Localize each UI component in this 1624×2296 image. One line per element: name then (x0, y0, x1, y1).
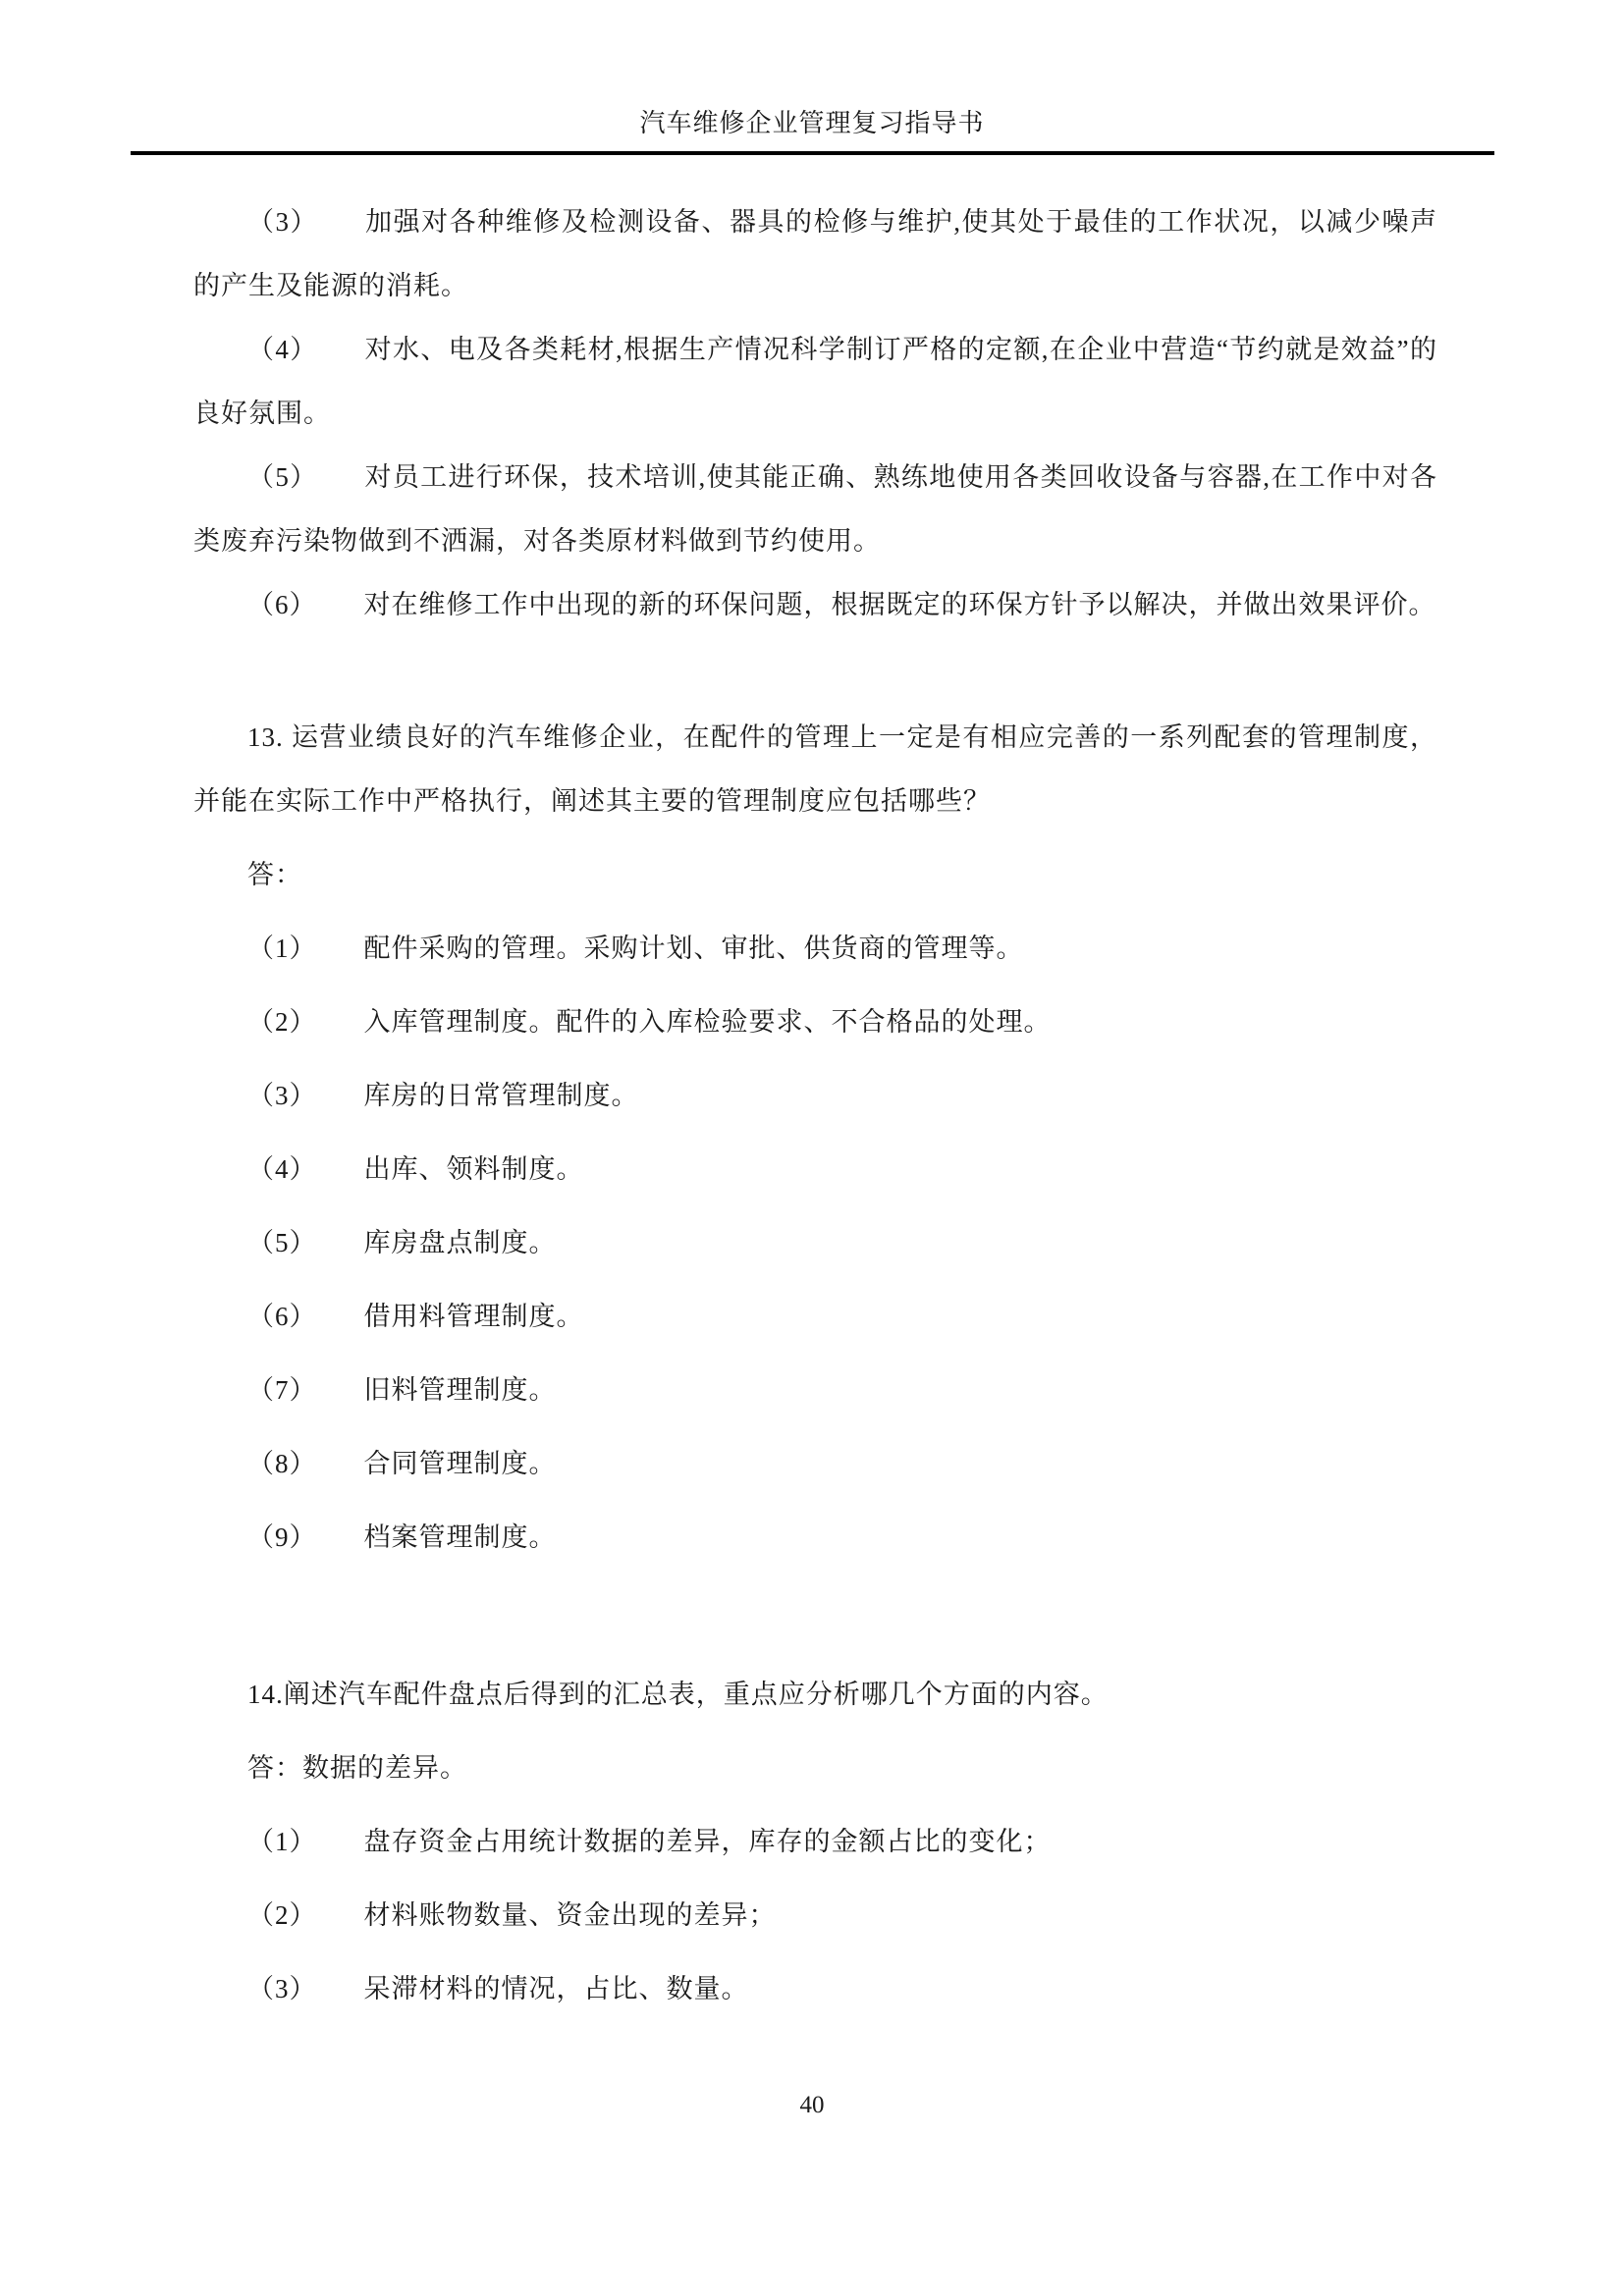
item-number: （7） (247, 1375, 317, 1405)
question-14: 14.阐述汽车配件盘点后得到的汇总表，重点应分析哪几个方面的内容。 (193, 1663, 1437, 1727)
paragraph-text: 对员工进行环保，技术培训,使其能正确、熟练地使用各类回收设备与容器,在工作中对各… (193, 462, 1437, 556)
paragraph-3: （3）加强对各种维修及检测设备、器具的检修与维护,使其处于最佳的工作状况，以减少… (193, 190, 1437, 318)
item-number: （5） (247, 1228, 317, 1257)
header-divider-rule (131, 151, 1494, 155)
item-number: （6） (247, 1302, 317, 1331)
document-page: 汽车维修企业管理复习指导书 （3）加强对各种维修及检测设备、器具的检修与维护,使… (0, 0, 1624, 2296)
q13-item-7: （7）旧料管理制度。 (193, 1359, 1437, 1422)
q13-item-5: （5）库房盘点制度。 (193, 1211, 1437, 1275)
item-number: （4） (247, 1154, 317, 1184)
item-text: 旧料管理制度。 (364, 1375, 557, 1405)
item-text: 呆滞材料的情况，占比、数量。 (364, 1974, 749, 2003)
item-number: （2） (247, 1007, 317, 1037)
item-text: 借用料管理制度。 (364, 1302, 584, 1331)
q13-item-6: （6）借用料管理制度。 (193, 1285, 1437, 1349)
q13-item-3: （3）库房的日常管理制度。 (193, 1064, 1437, 1128)
item-number: （3） (247, 1974, 317, 2003)
q13-item-1: （1）配件采购的管理。采购计划、审批、供货商的管理等。 (193, 917, 1437, 981)
paragraph-text: 对水、电及各类耗材,根据生产情况科学制订严格的定额,在企业中营造“节约就是效益”… (193, 335, 1437, 428)
item-text: 出库、领料制度。 (364, 1154, 584, 1184)
header-title: 汽车维修企业管理复习指导书 (0, 110, 1624, 137)
q14-item-2: （2）材料账物数量、资金出现的差异； (193, 1884, 1437, 1948)
item-number: （6） (247, 590, 317, 619)
q14-item-3: （3）呆滞材料的情况，占比、数量。 (193, 1957, 1437, 2021)
item-number: （3） (247, 1081, 317, 1110)
item-number: （9） (247, 1522, 317, 1552)
item-number: （4） (247, 335, 318, 364)
paragraph-text: 加强对各种维修及检测设备、器具的检修与维护,使其处于最佳的工作状况，以减少噪声的… (193, 207, 1437, 300)
page-number: 40 (800, 2092, 825, 2118)
item-text: 盘存资金占用统计数据的差异，库存的金额占比的变化； (364, 1827, 1052, 1856)
q13-item-4: （4）出库、领料制度。 (193, 1138, 1437, 1201)
paragraph-4: （4）对水、电及各类耗材,根据生产情况科学制订严格的定额,在企业中营造“节约就是… (193, 318, 1437, 446)
page-footer: 40 (0, 2091, 1624, 2120)
item-text: 入库管理制度。配件的入库检验要求、不合格品的处理。 (364, 1007, 1052, 1037)
item-number: （3） (247, 207, 318, 237)
item-number: （2） (247, 1900, 317, 1930)
paragraph-text: 对在维修工作中出现的新的环保问题，根据既定的环保方针予以解决，并做出效果评价。 (364, 590, 1436, 619)
answer-intro-14: 答：数据的差异。 (193, 1736, 1437, 1800)
paragraph-5: （5）对员工进行环保，技术培训,使其能正确、熟练地使用各类回收设备与容器,在工作… (193, 446, 1437, 573)
q13-item-9: （9）档案管理制度。 (193, 1506, 1437, 1570)
q14-item-1: （1）盘存资金占用统计数据的差异，库存的金额占比的变化； (193, 1810, 1437, 1874)
item-text: 库房盘点制度。 (364, 1228, 557, 1257)
q13-item-2: （2）入库管理制度。配件的入库检验要求、不合格品的处理。 (193, 990, 1437, 1054)
document-body: （3）加强对各种维修及检测设备、器具的检修与维护,使其处于最佳的工作状况，以减少… (193, 190, 1437, 2021)
item-text: 材料账物数量、资金出现的差异； (364, 1900, 777, 1930)
item-text: 档案管理制度。 (364, 1522, 557, 1552)
paragraph-6: （6）对在维修工作中出现的新的环保问题，根据既定的环保方针予以解决，并做出效果评… (193, 573, 1437, 637)
item-text: 库房的日常管理制度。 (364, 1081, 639, 1110)
item-number: （1） (247, 934, 317, 963)
item-text: 合同管理制度。 (364, 1449, 557, 1478)
item-number: （8） (247, 1449, 317, 1478)
page-header: 汽车维修企业管理复习指导书 (0, 0, 1624, 155)
item-number: （1） (247, 1827, 317, 1856)
q13-item-8: （8）合同管理制度。 (193, 1432, 1437, 1496)
answer-label-13: 答： (193, 843, 1437, 907)
item-text: 配件采购的管理。采购计划、审批、供货商的管理等。 (364, 934, 1024, 963)
item-number: （5） (247, 462, 318, 492)
question-13: 13. 运营业绩良好的汽车维修企业，在配件的管理上一定是有相应完善的一系列配套的… (193, 706, 1437, 833)
